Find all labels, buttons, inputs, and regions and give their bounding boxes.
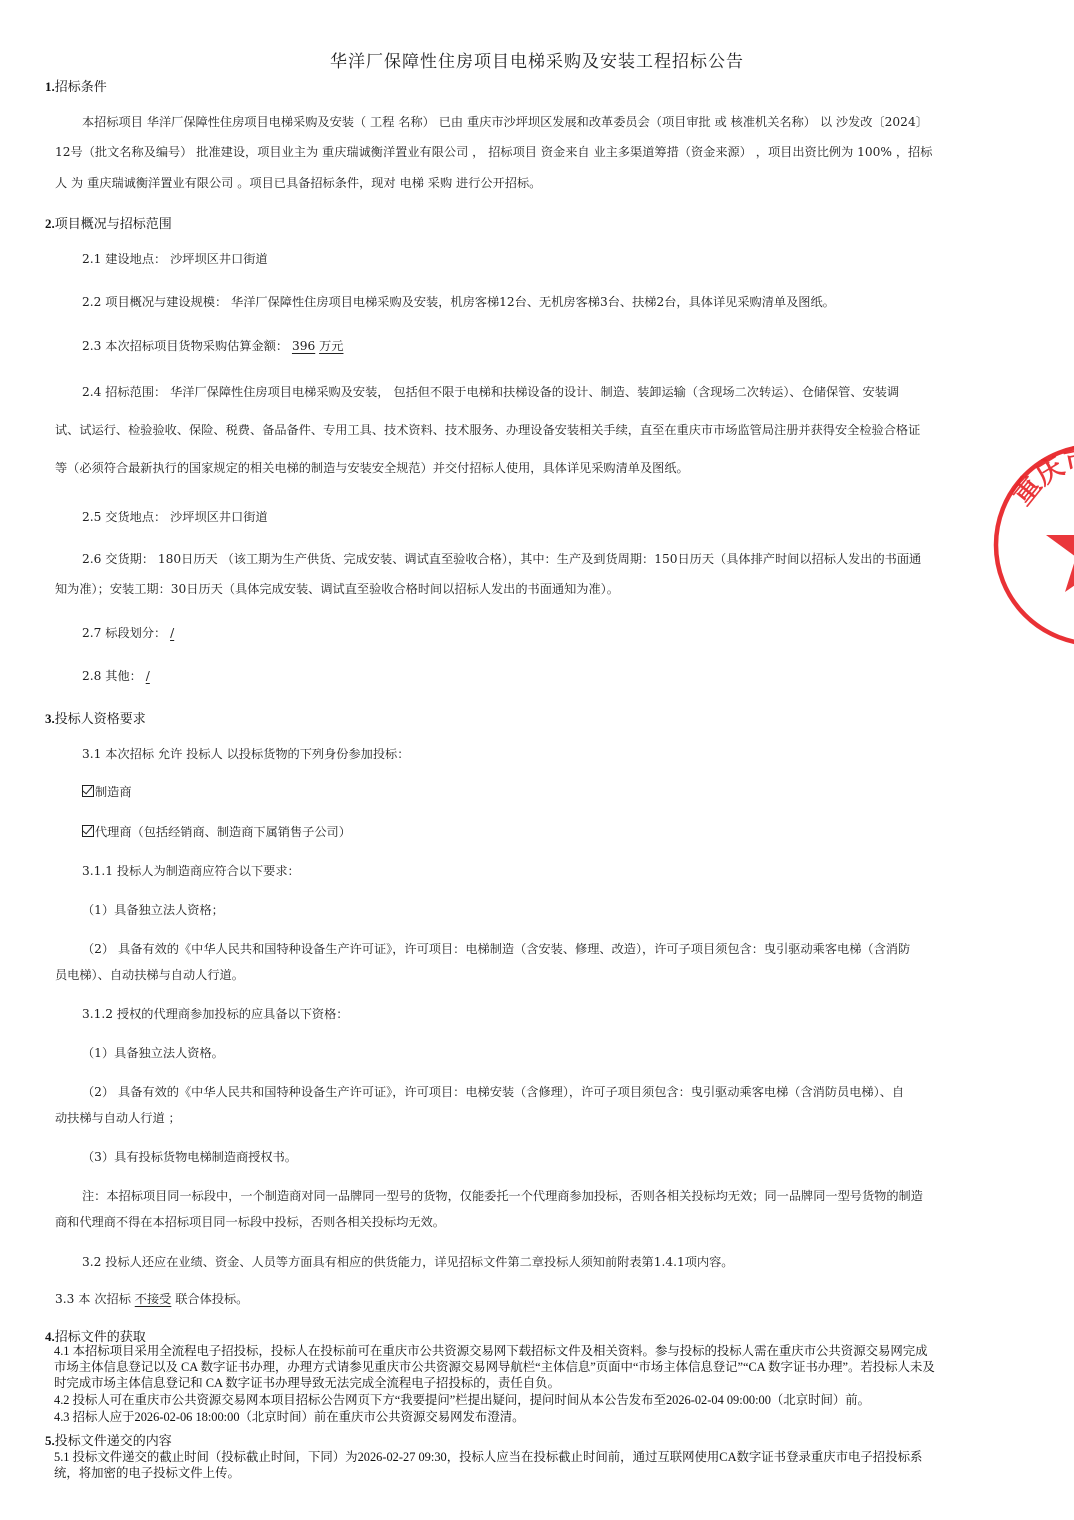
checkbox-checked-icon[interactable] (82, 785, 94, 797)
consortium-acceptance: 不接受 (135, 1292, 172, 1306)
seal-text: 重庆市沙坪坝区 (1007, 442, 1074, 531)
s4-line-5: 4.3 招标人应于2026-02-06 18:00:00（北京时间）前在重庆市公… (54, 1407, 525, 1425)
item-3-1: 3.1 本次招标 允许 投标人 以投标货物的下列身份参加投标： (82, 745, 409, 762)
section-title: 投标人资格要求 (55, 712, 146, 727)
note-line-1: 注：本招标项目同一标段中，一个制造商对同一品牌同一型号的货物，仅能委托一个代理商… (82, 1187, 923, 1204)
checkbox-agent[interactable]: 代理商（包括经销商、制造商下属销售子公司） (82, 823, 351, 840)
item-2-3: 2.3 本次招标项目货物采购估算金额： 396 万元 (82, 337, 343, 354)
official-seal-stamp: 重庆市沙坪坝区 (990, 440, 1074, 650)
item-3-3-suffix: 联合体投标。 (171, 1292, 248, 1306)
section-title: 招标条件 (55, 80, 107, 95)
item-3-1-2-b-line-1: （2） 具备有效的《中华人民共和国特种设备生产许可证》，许可项目：电梯安装（含修… (82, 1083, 904, 1100)
document-title: 华洋厂保障性住房项目电梯采购及安装工程招标公告 (0, 47, 1074, 72)
section-number: 3. (45, 711, 55, 726)
s1-line-1: 本招标项目 华洋厂保障性住房项目电梯采购及安装（ 工程 名称） 已由 重庆市沙坪… (82, 113, 928, 130)
item-3-1-1-b-line-1: （2） 具备有效的《中华人民共和国特种设备生产许可证》，许可项目：电梯制造（含安… (82, 940, 910, 957)
checkbox-label: 代理商（包括经销商、制造商下属销售子公司） (95, 825, 351, 839)
star-icon (1046, 500, 1074, 592)
item-2-4-line-2: 试、试运行、检验验收、保险、税费、备品备件、专用工具、技术资料、技术服务、办理设… (55, 421, 920, 438)
item-2-7: 2.7 标段划分： / (82, 624, 174, 641)
amount-unit: 万元 (319, 339, 343, 353)
item-2-4-line-3: 等（必须符合最新执行的国家规定的相关电梯的制造与安装安全规范）并交付招标人使用，… (55, 459, 689, 476)
item-3-3-prefix: 3.3 本 次招标 (55, 1292, 135, 1306)
section-1-heading: 1.招标条件 (45, 76, 107, 95)
s1-line-2: 12号（批文名称及编号） 批准建设，项目业主为 重庆瑞诚衡洋置业有限公司 ， 招… (55, 143, 932, 160)
section-number: 1. (45, 79, 55, 94)
item-3-1-2-c: （3）具有投标货物电梯制造商授权书。 (82, 1148, 297, 1165)
item-2-5: 2.5 交货地点： 沙坪坝区井口街道 (82, 508, 268, 525)
item-3-1-1-a: （1）具备独立法人资格； (82, 901, 224, 918)
item-2-1: 2.1 建设地点： 沙坪坝区井口街道 (82, 250, 268, 267)
section-3-heading: 3.投标人资格要求 (45, 708, 146, 727)
item-2-6-line-2: 知为准）；安装工期：30日历天（具体完成安装、调试直至验收合格时间以招标人发出的… (55, 580, 619, 597)
item-2-8-label: 2.8 其他： (82, 669, 146, 683)
item-2-2: 2.2 项目概况与建设规模： 华洋厂保障性住房项目电梯采购及安装，机房客梯12台… (82, 293, 835, 310)
item-2-6-line-1: 2.6 交货期： 180日历天 （该工期为生产供货、完成安装、调试直至验收合格）… (82, 550, 921, 567)
item-3-1-1: 3.1.1 投标人为制造商应符合以下要求： (82, 862, 300, 879)
s4-line-4: 4.2 投标人可在重庆市公共资源交易网本项目招标公告网页下方“我要提问”栏提出疑… (54, 1390, 870, 1408)
estimated-amount: 396 (292, 339, 315, 353)
section-2-heading: 2.项目概况与招标范围 (45, 213, 172, 232)
section-number: 5. (45, 1433, 55, 1448)
s1-line-3: 人 为 重庆瑞诚衡洋置业有限公司 。项目已具备招标条件，现对 电梯 采购 进行公… (55, 174, 541, 191)
item-2-8-value: / (146, 669, 150, 683)
item-3-1-1-b-line-2: 员电梯）、自动扶梯与自动人行道。 (55, 966, 244, 983)
item-3-1-2-b-line-2: 动扶梯与自动人行道 ； (55, 1109, 181, 1126)
s5-line-2: 统，将加密的电子投标文件上传。 (54, 1463, 240, 1481)
item-3-2: 3.2 投标人还应在业绩、资金、人员等方面具有相应的供货能力，详见招标文件第二章… (82, 1253, 733, 1270)
item-3-1-2-a: （1）具备独立法人资格。 (82, 1044, 224, 1061)
item-2-4-line-1: 2.4 招标范围： 华洋厂保障性住房项目电梯采购及安装， 包括但不限于电梯和扶梯… (82, 383, 899, 400)
item-3-3: 3.3 本 次招标 不接受 联合体投标。 (55, 1290, 248, 1307)
s4-line-3: 时完成市场主体信息登记和 CA 数字证书办理导致无法完成全流程电子招投标的，责任… (54, 1373, 560, 1391)
item-2-8: 2.8 其他： / (82, 667, 150, 684)
item-2-3-label: 2.3 本次招标项目货物采购估算金额： (82, 339, 292, 353)
section-number: 2. (45, 216, 55, 231)
section-title: 项目概况与招标范围 (55, 217, 172, 232)
note-line-2: 商和代理商不得在本招标项目同一标段中投标，否则各相关投标均无效。 (55, 1213, 445, 1230)
item-3-1-2: 3.1.2 授权的代理商参加投标的应具备以下资格： (82, 1005, 348, 1022)
item-2-7-label: 2.7 标段划分： (82, 626, 170, 640)
item-2-7-value: / (170, 626, 174, 640)
checkbox-label: 制造商 (95, 785, 132, 799)
checkbox-manufacturer[interactable]: 制造商 (82, 783, 132, 800)
checkbox-checked-icon[interactable] (82, 825, 94, 837)
